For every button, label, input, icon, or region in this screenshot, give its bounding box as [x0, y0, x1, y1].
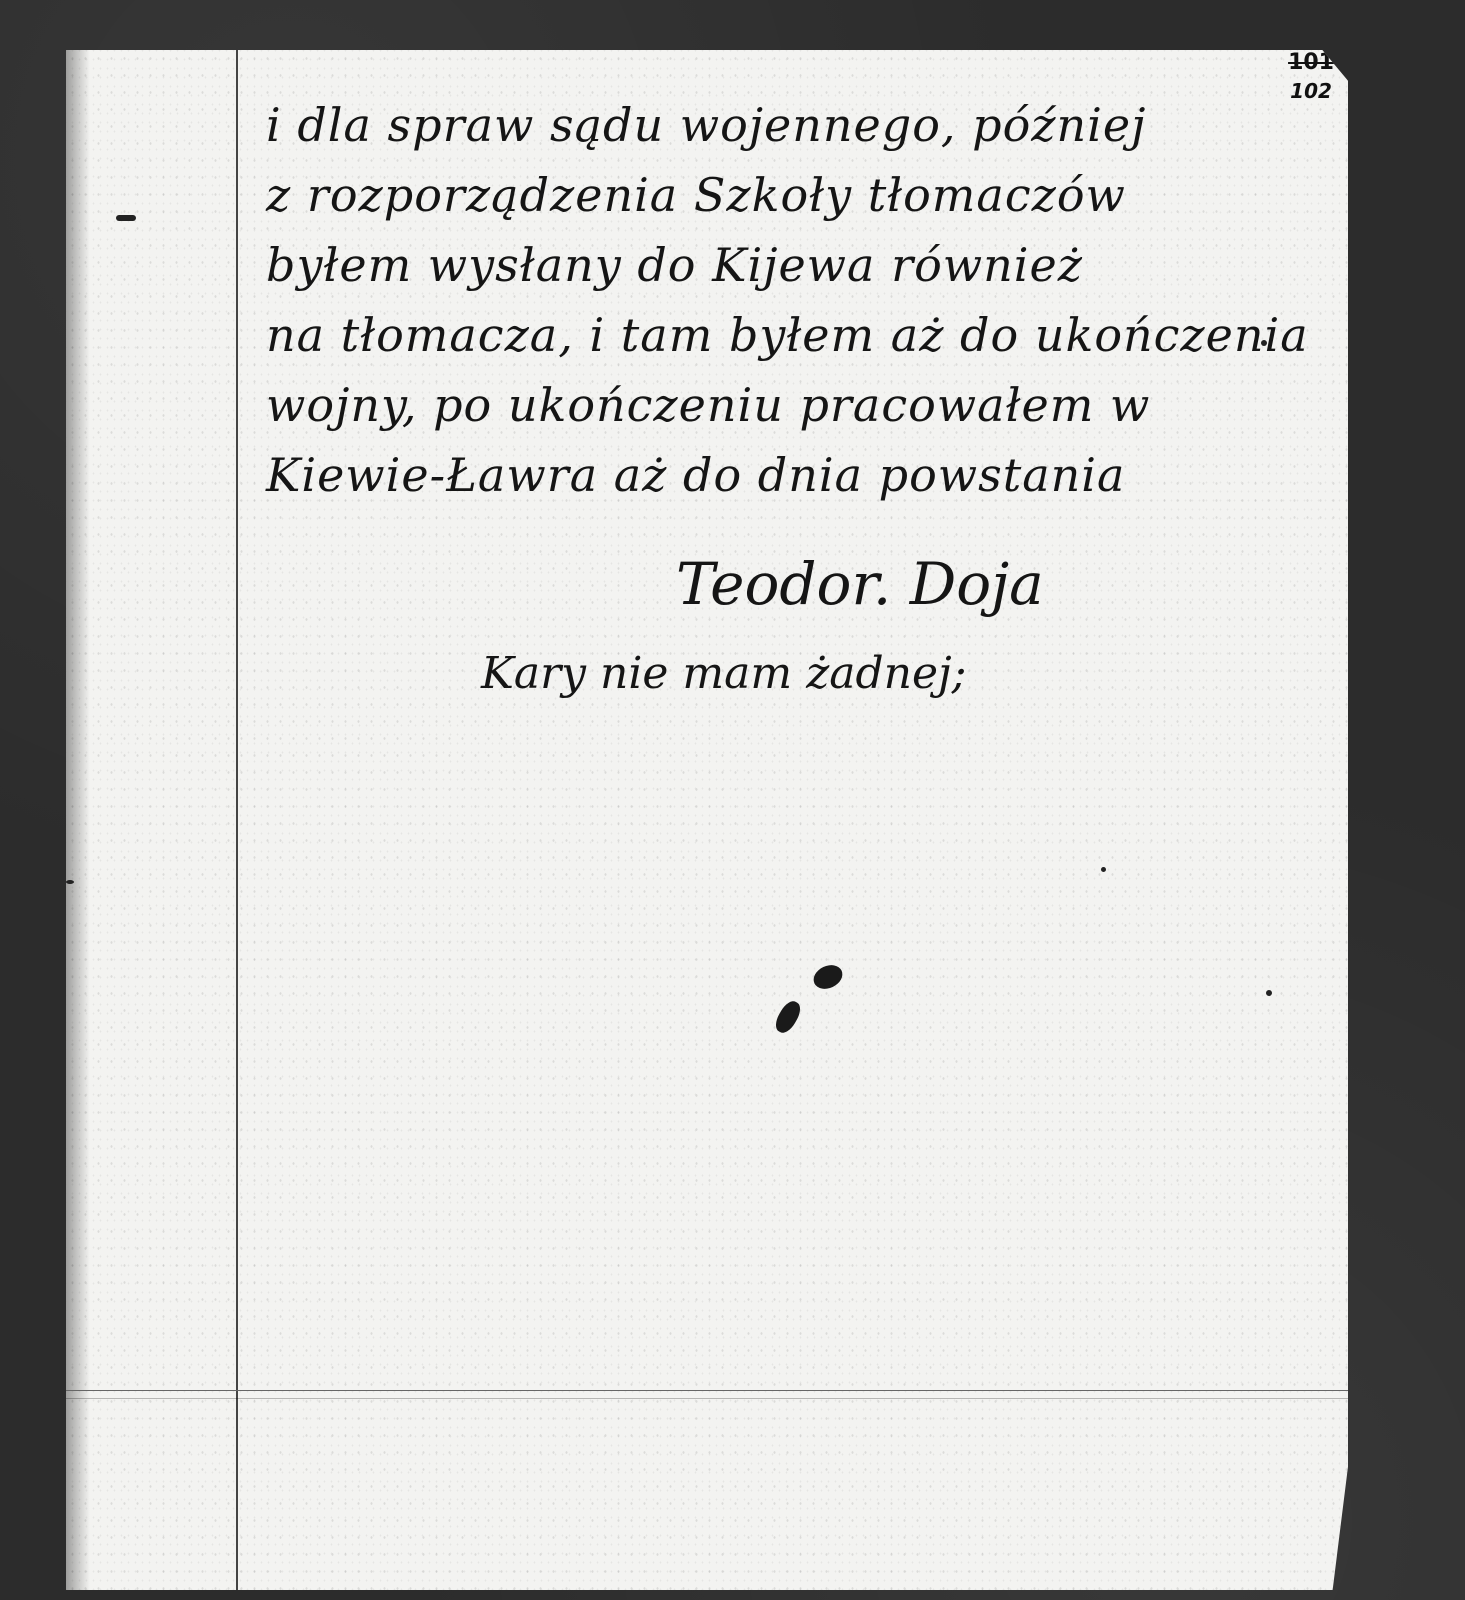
- ink-speck: [1101, 867, 1106, 872]
- body-line: z rozporządzenia Szkoły tłomaczów: [266, 160, 1346, 230]
- ink-speck: [66, 880, 74, 884]
- ink-blot: [772, 998, 805, 1036]
- body-line: byłem wysłany do Kijewa również: [266, 230, 1346, 300]
- margin-ink-mark: [116, 215, 136, 221]
- criminal-record-note: Kary nie mam żadnej;: [481, 648, 967, 699]
- letter-body: i dla spraw sądu wojennego, później z ro…: [266, 90, 1346, 510]
- margin-line: [236, 50, 238, 1590]
- ink-blot: [810, 961, 846, 994]
- document-page: 101 102 i dla spraw sądu wojennego, późn…: [66, 50, 1348, 1590]
- body-line: i dla spraw sądu wojennego, później: [266, 90, 1346, 160]
- fold-line-secondary: [66, 1398, 1348, 1399]
- ink-speck: [1261, 340, 1267, 346]
- signature: Teodor. Doja: [676, 550, 1044, 618]
- ink-speck: [1266, 990, 1272, 996]
- page-edge-shadow: [66, 50, 90, 1590]
- fold-line: [66, 1390, 1348, 1391]
- body-line: na tłomacza, i tam byłem aż do ukończeni…: [266, 300, 1346, 370]
- body-line: wojny, po ukończeniu pracowałem w: [266, 370, 1346, 440]
- body-line: Kiewie-Ławra aż do dnia powstania: [266, 440, 1346, 510]
